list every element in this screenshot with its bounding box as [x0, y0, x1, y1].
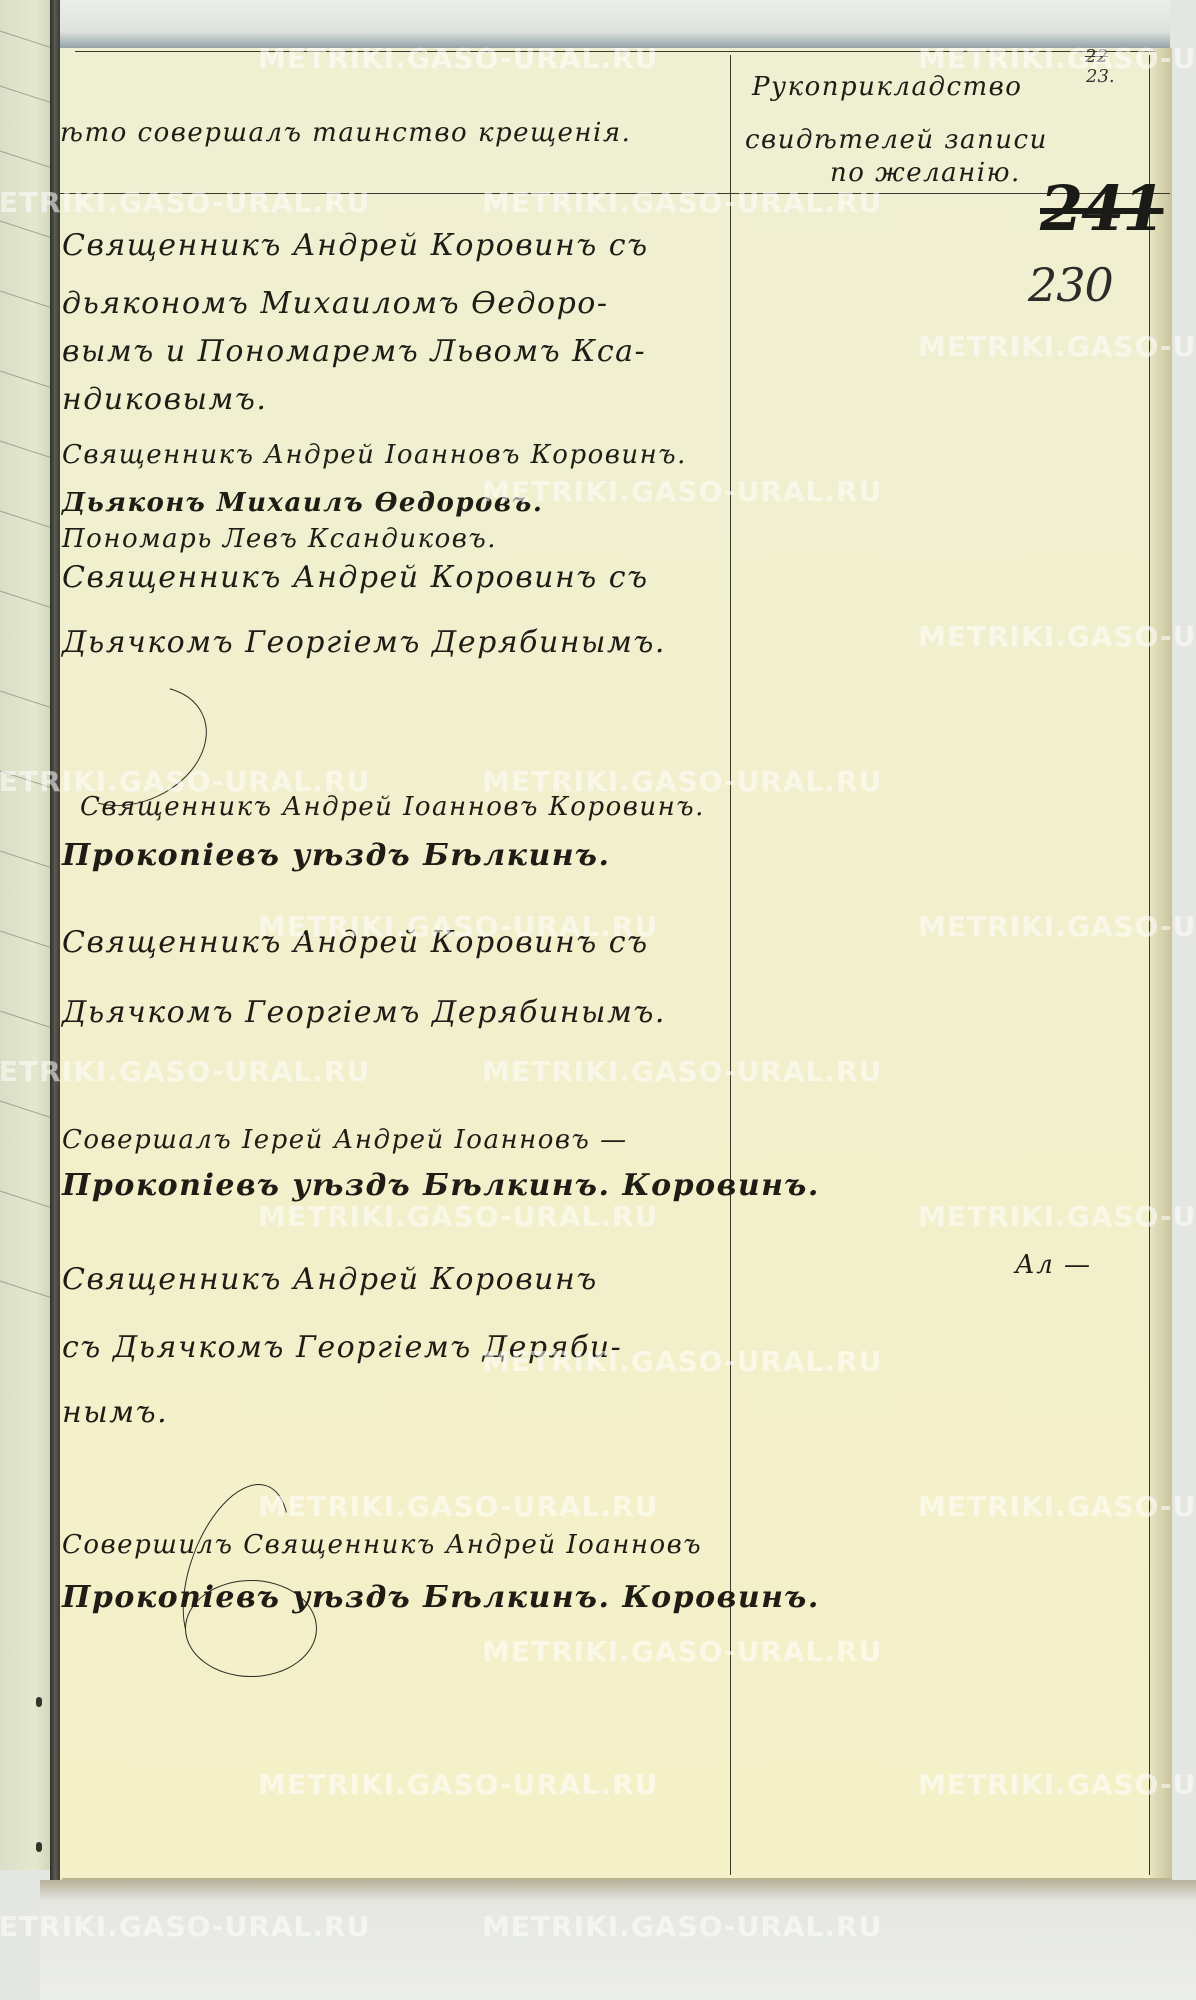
right-margin-rule [1149, 55, 1150, 1875]
page-edge [1150, 48, 1172, 1878]
folio-main: 230 [1028, 258, 1113, 312]
folio-corner: 23. [1086, 66, 1115, 87]
folio-main-struck: 241 [1040, 172, 1163, 245]
bottom-shadow [40, 1880, 1196, 2000]
binding-gutter [50, 0, 60, 1880]
header-top-rule [75, 51, 1155, 52]
header-bottom-rule [60, 193, 1170, 194]
folio-corner-struck: 22 [1085, 46, 1108, 67]
column-header-left: ѣто совершалъ таинство крещенія. [60, 118, 631, 148]
witness-note: Ал — [1015, 1250, 1092, 1280]
top-shadow [60, 0, 1170, 52]
